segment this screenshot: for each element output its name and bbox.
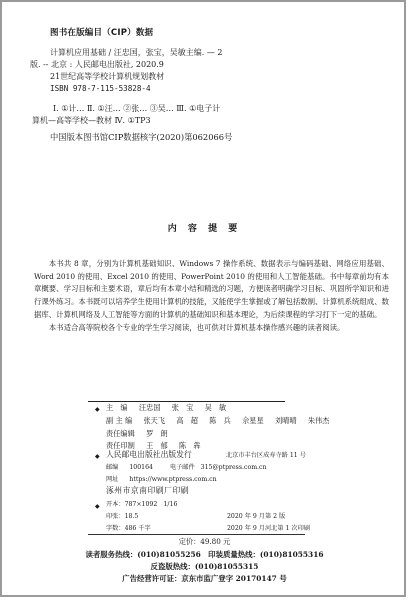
email-label: 电子邮件 (170, 464, 195, 471)
summary-title: 内 容 提 要 (0, 221, 409, 234)
publisher-address: 北京市丰台区成寿寺路 11 号 (226, 450, 306, 463)
chief-editor: 吴 敏 (205, 403, 227, 412)
deputy-editor: 佘星星 (242, 416, 264, 425)
contact-row: 邮编 100164 电子邮件 315@ptpress.com.cn (106, 462, 275, 475)
editor-in-charge-row: 责任编辑 罗 朗 (106, 428, 177, 441)
deputy-editor: 张天飞 (143, 416, 165, 425)
summary-paragraph: 本书共 8 章，分别为计算机基础知识、Windows 7 操作系统、数据表示与编… (34, 258, 389, 322)
email[interactable]: 315@ptpress.com.cn (201, 464, 267, 471)
cip-line-1: 计算机应用基础 / 汪忠国，张宝，吴敏主编. — 2 (50, 47, 223, 58)
chief-editor: 汪忠国 (139, 403, 161, 412)
chief-editor: 张 宝 (172, 403, 194, 412)
cip-classification-2: 算机—高等学校—教材 Ⅳ. ①TP3 (32, 115, 151, 126)
isbn: ISBN 978-7-115-53828-4 (50, 83, 151, 94)
summary-body: 本书共 8 章，分别为计算机基础知识、Windows 7 操作系统、数据表示与编… (34, 258, 389, 334)
format: 787×1092 1/16 (125, 501, 178, 508)
diamond-bullet-icon: ◆ (95, 501, 100, 514)
reader-hotline: 读者服务热线：(010)81055256 印装质量热线：(010)8105531… (0, 549, 409, 560)
cip-classification-1: Ⅰ. ①计… Ⅱ. ①汪… ②张… ③吴… Ⅲ. ①电子计 (53, 103, 220, 114)
cip-line-3: 21世纪高等学校计算机规划教材 (50, 71, 164, 82)
website-label: 网址 (106, 476, 118, 483)
edition: 2020 年 9 月第 2 版 (227, 511, 285, 524)
editor-in-charge: 罗 朗 (146, 429, 168, 438)
ad-license: 广告经营许可证：京东市监广登字 20170147 号 (0, 573, 409, 584)
diamond-bullet-icon: ◆ (95, 451, 100, 464)
website-link[interactable]: https://www.ptpress.com.cn (129, 476, 216, 483)
summary-paragraph: 本书适合高等院校各个专业的学生学习阅读，也可供对计算机基本操作感兴趣的读者阅读。 (34, 322, 389, 335)
deputy-editor: 陈 兵 (209, 416, 231, 425)
deputy-editor: 刘晴晴 (275, 416, 297, 425)
sheets-label: 印张： (106, 513, 125, 520)
deputy-editor: 高 超 (176, 416, 198, 425)
publisher: 人民邮电出版社出版发行 (106, 449, 192, 462)
words-label: 字数： (106, 525, 125, 532)
deputy-editor: 朱伟杰 (308, 416, 330, 425)
chief-editor-row: 主 编 汪忠国 张 宝 吴 敏 (106, 402, 235, 415)
sheets-row: 印张：18.5 (106, 511, 147, 524)
cip-line-2: 版. -- 北京 : 人民邮电出版社, 2020.9 (30, 59, 164, 70)
format-label: 开本： (106, 501, 125, 508)
deputy-editor-row: 副 主 编 张天飞 高 超 陈 兵 佘星星 刘晴晴 朱伟杰 (106, 415, 338, 428)
deputy-editor-label: 副 主 编 (106, 416, 132, 425)
sheets: 18.5 (125, 513, 139, 520)
divider-bottom (88, 534, 305, 535)
words: 486 千字 (125, 525, 151, 532)
price: 定价：49.80 元 (0, 537, 409, 547)
antipiracy-hotline: 反盗版热线：(010)81055315 (0, 561, 409, 572)
postcode-label: 邮编 (106, 464, 118, 471)
printer: 涿州市京南印刷厂印刷 (106, 485, 189, 498)
cip-title: 图书在版编目（CIP）数据 (50, 26, 153, 38)
chief-editor-label: 主 编 (106, 403, 128, 412)
format-row: 开本：787×1092 1/16 (106, 499, 186, 512)
diamond-bullet-icon: ◆ (95, 404, 100, 417)
cip-number-note: 中国版本图书馆CIP数据核字(2020)第062066号 (50, 131, 232, 143)
editor-in-charge-label: 责任编辑 (106, 429, 135, 438)
postcode: 100164 (129, 464, 153, 471)
